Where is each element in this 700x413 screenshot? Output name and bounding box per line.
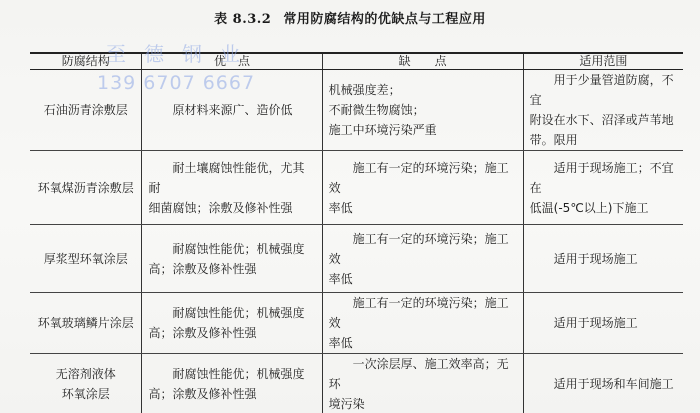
table-caption: 表 8.3.2常用防腐结构的优缺点与工程应用 (0, 8, 700, 27)
cell-structure: 石油沥青涂敷层 (30, 70, 142, 151)
cell-disadvantages: 机械强度差； 不耐微生物腐蚀； 施工中环境污染严重 (322, 70, 523, 151)
header-structure: 防腐结构 (30, 53, 142, 70)
cell-structure: 厚浆型环氧涂层 (30, 225, 142, 293)
table-title: 常用防腐结构的优缺点与工程应用 (283, 12, 486, 27)
cell-disadvantages: 施工有一定的环境污染；施工效 率低 (322, 225, 523, 293)
cell-scope: 适用于现场施工；不宜在 低温(-5℃以上)下施工 (523, 151, 683, 225)
table-number: 表 8.3.2 (214, 12, 271, 27)
cell-advantages: 耐腐蚀性能优；机械强度 高；涂敷及修补性强 (142, 354, 322, 413)
cell-structure: 环氧玻璃鳞片涂层 (30, 293, 142, 354)
cell-scope: 适用于现场和车间施工 (523, 354, 683, 413)
cell-scope: 适用于现场施工 (523, 293, 683, 354)
cell-disadvantages: 施工有一定的环境污染；施工效 率低 (322, 151, 523, 225)
cell-scope: 适用于现场施工 (523, 225, 683, 293)
table-row: 厚浆型环氧涂层 耐腐蚀性能优；机械强度 高；涂敷及修补性强 施工有一定的环境污染… (30, 225, 683, 293)
corrosion-structure-table: 防腐结构 优 点 缺 点 适用范围 石油沥青涂敷层 原材料来源广、造价低 机械强… (30, 52, 683, 413)
header-scope: 适用范围 (523, 53, 683, 70)
cell-structure: 环氧煤沥青涂敷层 (30, 151, 142, 225)
cell-disadvantages: 施工有一定的环境污染；施工效 率低 (322, 293, 523, 354)
cell-advantages: 耐腐蚀性能优；机械强度 高；涂敷及修补性强 (142, 225, 322, 293)
cell-scope: 用于少量管道防腐，不宜 附设在水下、沼泽或芦苇地 带。限用 (523, 70, 683, 151)
header-advantages: 优 点 (142, 53, 322, 70)
cell-advantages: 耐土壤腐蚀性能优，尤其耐 细菌腐蚀；涂敷及修补性强 (142, 151, 322, 225)
cell-advantages: 原材料来源广、造价低 (142, 70, 322, 151)
header-disadvantages: 缺 点 (322, 53, 523, 70)
table-row: 石油沥青涂敷层 原材料来源广、造价低 机械强度差； 不耐微生物腐蚀； 施工中环境… (30, 70, 683, 151)
table-header-row: 防腐结构 优 点 缺 点 适用范围 (30, 53, 683, 70)
cell-disadvantages: 一次涂层厚、施工效率高；无环 境污染 (322, 354, 523, 413)
table-row: 环氧煤沥青涂敷层 耐土壤腐蚀性能优，尤其耐 细菌腐蚀；涂敷及修补性强 施工有一定… (30, 151, 683, 225)
cell-structure: 无溶剂液体 环氧涂层 (30, 354, 142, 413)
table-row: 环氧玻璃鳞片涂层 耐腐蚀性能优；机械强度 高；涂敷及修补性强 施工有一定的环境污… (30, 293, 683, 354)
cell-advantages: 耐腐蚀性能优；机械强度 高；涂敷及修补性强 (142, 293, 322, 354)
table-row: 无溶剂液体 环氧涂层 耐腐蚀性能优；机械强度 高；涂敷及修补性强 一次涂层厚、施… (30, 354, 683, 413)
